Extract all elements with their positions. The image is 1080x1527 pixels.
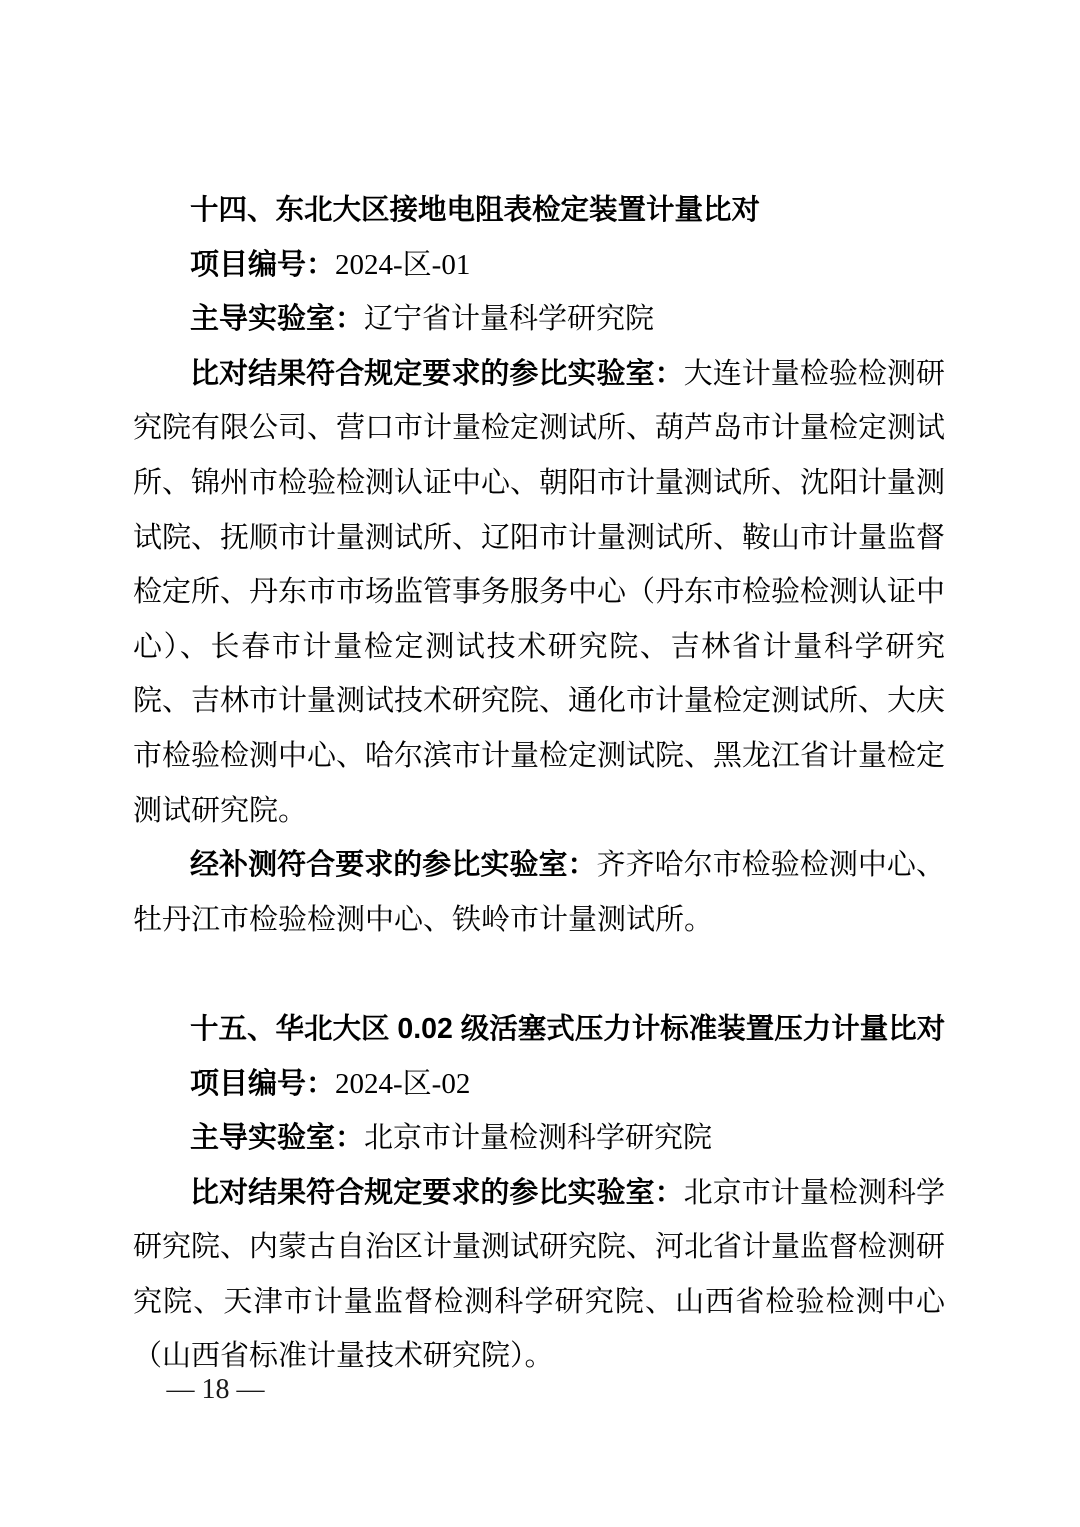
lead-lab-value: 辽宁省计量科学研究院 (364, 303, 654, 335)
compliant-labs-label: 比对结果符合规定要求的参比实验室： (190, 358, 684, 390)
section-14-lead-lab-line: 主导实验室：辽宁省计量科学研究院 (133, 292, 945, 347)
retest-labs-label: 经补测符合要求的参比实验室： (190, 849, 597, 881)
compliant-labs-label: 比对结果符合规定要求的参比实验室： (190, 1177, 684, 1209)
document-page: 十四、东北大区接地电阻表检定装置计量比对 项目编号：2024-区-01 主导实验… (0, 0, 1080, 1527)
section-14: 十四、东北大区接地电阻表检定装置计量比对 项目编号：2024-区-01 主导实验… (133, 183, 945, 947)
project-number-value: 2024-区-02 (335, 1068, 470, 1100)
section-14-project-number-line: 项目编号：2024-区-01 (133, 238, 945, 293)
lead-lab-label: 主导实验室： (190, 303, 364, 335)
document-content: 十四、东北大区接地电阻表检定装置计量比对 项目编号：2024-区-01 主导实验… (133, 183, 945, 1384)
project-number-label: 项目编号： (190, 1068, 335, 1100)
page-number: — 18 — (133, 1370, 298, 1410)
project-number-value: 2024-区-01 (335, 249, 470, 281)
lead-lab-value: 北京市计量检测科学研究院 (364, 1122, 712, 1154)
section-15-project-number-line: 项目编号：2024-区-02 (133, 1057, 945, 1112)
section-15-compliant-labs-paragraph: 比对结果符合规定要求的参比实验室：北京市计量检测科学研究院、内蒙古自治区计量测试… (133, 1166, 945, 1384)
project-number-label: 项目编号： (190, 249, 335, 281)
section-15-heading: 十五、华北大区 0.02 级活塞式压力计标准装置压力计量比对 (133, 1002, 945, 1057)
section-15: 十五、华北大区 0.02 级活塞式压力计标准装置压力计量比对 项目编号：2024… (133, 1002, 945, 1384)
lead-lab-label: 主导实验室： (190, 1122, 364, 1154)
section-14-compliant-labs-paragraph: 比对结果符合规定要求的参比实验室：大连计量检验检测研究院有限公司、营口市计量检定… (133, 347, 945, 838)
section-14-retest-labs-paragraph: 经补测符合要求的参比实验室：齐齐哈尔市检验检测中心、牡丹江市检验检测中心、铁岭市… (133, 838, 945, 947)
section-15-lead-lab-line: 主导实验室：北京市计量检测科学研究院 (133, 1111, 945, 1166)
section-14-heading: 十四、东北大区接地电阻表检定装置计量比对 (133, 183, 945, 238)
compliant-labs-text: 大连计量检验检测研究院有限公司、营口市计量检定测试所、葫芦岛市计量检定测试所、锦… (133, 358, 945, 827)
